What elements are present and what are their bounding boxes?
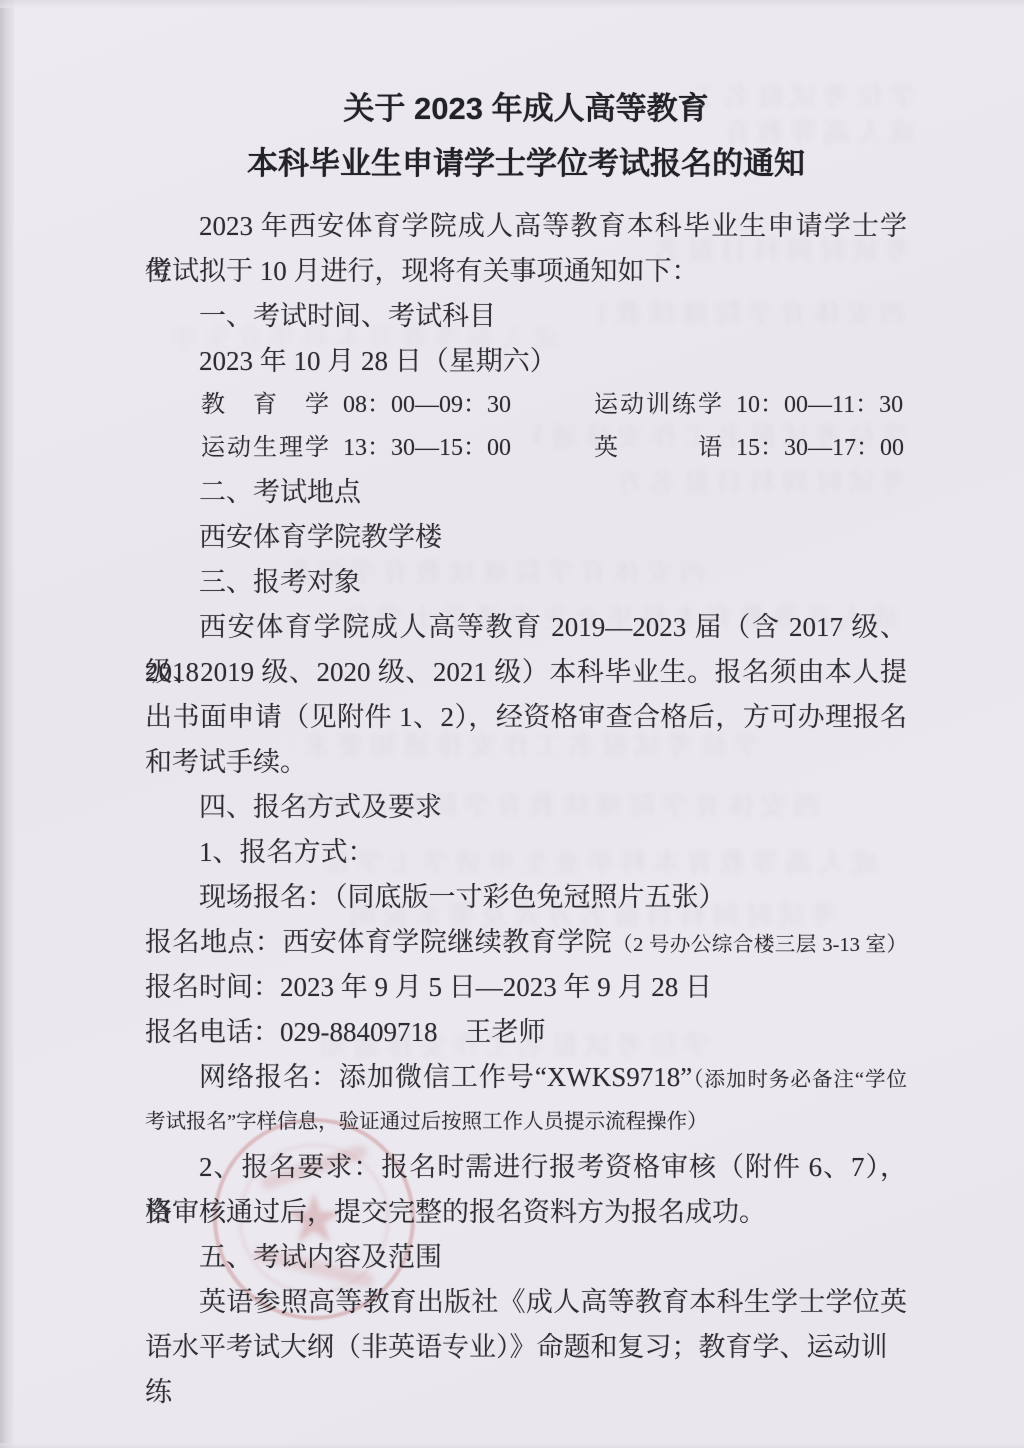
online-registration-main: 网络报名：添加微信工作号“XWKS9718” [199,1062,692,1092]
schedule-subject: 英语 [594,427,722,470]
exam-scope-line-1: 英语参照高等教育出版社《成人高等教育本科生学士学位英 [145,1280,907,1325]
scanned-page: 学位考试报名工作安排通知要求事项 成人高等教育本科毕业生申请学士学位 考试时间科… [0,0,1024,1448]
item-1-heading: 1、报名方式： [145,830,907,875]
schedule-subject: 运动训练学 [594,384,722,427]
page-title-line-2: 本科毕业生申请学士学位考试报名的通知 [145,141,907,186]
schedule-subject: 运动生理学 [201,427,329,470]
eligibility-line-2: 级、2019 级、2020 级、2021 级）本科毕业生。报名须由本人提 [145,650,907,695]
eligibility-line-3: 出书面申请（见附件 1、2），经资格审查合格后，方可办理报名 [145,695,907,740]
notice-document: 关于 2023 年成人高等教育 本科毕业生申请学士学位考试报名的通知 2023 … [145,86,907,1370]
schedule-time: 13：30—15：00 [343,427,511,470]
exam-location-line: 西安体育学院教学楼 [145,515,907,560]
section-1-heading: 一、考试时间、考试科目 [145,294,907,339]
schedule-time: 10：00—11：30 [736,384,903,427]
exam-scope-line-2: 语水平考试大纲（非英语专业）》命题和复习；教育学、运动训练 [145,1325,907,1370]
registration-phone-line: 报名电话：029-88409718 王老师 [145,1010,907,1055]
intro-line-1: 2023 年西安体育学院成人高等教育本科毕业生申请学士学位 [145,204,907,249]
scan-edge-top [0,0,1024,8]
eligibility-line-4: 和考试手续。 [145,740,907,785]
scan-edge-left [0,0,14,1448]
page-title-line-1: 关于 2023 年成人高等教育 [145,86,907,131]
schedule-row: 运动生理学 13：30—15：00 英语 15：30—17：00 [145,427,907,470]
online-registration-note-line: 考试报名”字样信息，验证通过后按照工作人员提示流程操作） [145,1100,907,1145]
section-5-heading: 五、考试内容及范围 [145,1235,907,1280]
schedule-subject: 教育学 [201,384,329,427]
item-2-requirement-line-1: 2、报名要求：报名时需进行报考资格审核（附件 6、7），资 [145,1145,907,1190]
section-3-heading: 三、报考对象 [145,560,907,605]
section-4-heading: 四、报名方式及要求 [145,785,907,830]
schedule-time: 08：00—09：30 [343,384,511,427]
schedule-time: 15：30—17：00 [736,427,904,470]
eligibility-line-1: 西安体育学院成人高等教育 2019—2023 届（含 2017 级、2018 [145,605,907,650]
scan-edge-bottom [0,1443,1024,1448]
section-2-heading: 二、考试地点 [145,470,907,515]
onsite-registration-line: 现场报名：（同底版一寸彩色免冠照片五张） [145,875,907,920]
schedule-row: 教育学 08：00—09：30 运动训练学 10：00—11：30 [145,384,907,427]
item-2-requirement-line-2: 格审核通过后，提交完整的报名资料方为报名成功。 [145,1190,907,1235]
intro-line-2: 考试拟于 10 月进行，现将有关事项通知如下： [145,249,907,294]
registration-address-main: 报名地点：西安体育学院继续教育学院 [145,927,612,957]
exam-date-line: 2023 年 10 月 28 日（星期六） [145,339,907,384]
registration-time-line: 报名时间：2023 年 9 月 5 日—2023 年 9 月 28 日 [145,965,907,1010]
registration-address-line: 报名地点：西安体育学院继续教育学院（2 号办公综合楼三层 3-13 室） [145,920,907,965]
online-registration-note-start: （添加时务必备注“学位 [692,1069,907,1091]
registration-address-note: （2 号办公综合楼三层 3-13 室） [612,934,907,956]
online-registration-line: 网络报名：添加微信工作号“XWKS9718”（添加时务必备注“学位 [145,1055,907,1100]
